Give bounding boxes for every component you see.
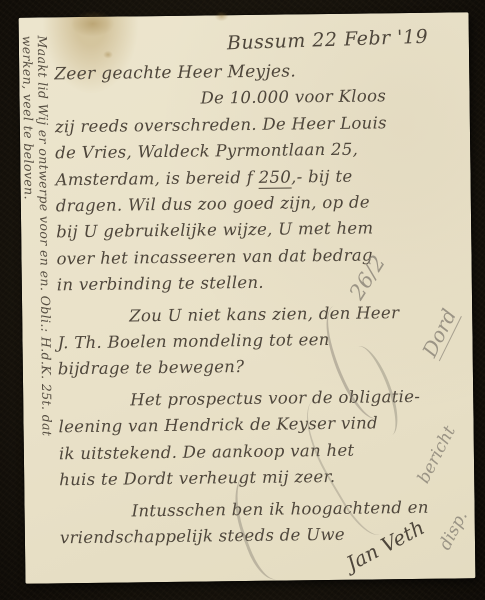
paper-stain: [103, 51, 113, 59]
letter-paper: Bussum 22 Febr '19 Zeer geachte Heer Mey…: [19, 12, 476, 583]
letter-line: bijdrage te bewegen?: [58, 352, 468, 383]
letter-photograph: Bussum 22 Febr '19 Zeer geachte Heer Mey…: [0, 0, 485, 600]
paper-stain: [70, 11, 114, 38]
letter-line: in verbinding te stellen.: [57, 268, 467, 299]
amount-prefix: Amsterdam, is bereid f: [55, 167, 258, 188]
margin-note: Maakt lid Wij er ontwerpe voor en en. Ob…: [20, 35, 57, 575]
amount-value: 250: [259, 167, 292, 188]
letter-line: Het prospectus voor de obligatie-: [58, 383, 468, 414]
letter-body: Zeer geachte Heer Meyjes. De 10.000 voor…: [54, 56, 470, 551]
letter-line: huis te Dordt verheugt mij zeer.: [59, 462, 469, 493]
place-date: Bussum 22 Febr '19: [227, 25, 429, 56]
amount-suffix: ,- bij te: [291, 166, 353, 186]
paper-stain: [214, 11, 228, 21]
